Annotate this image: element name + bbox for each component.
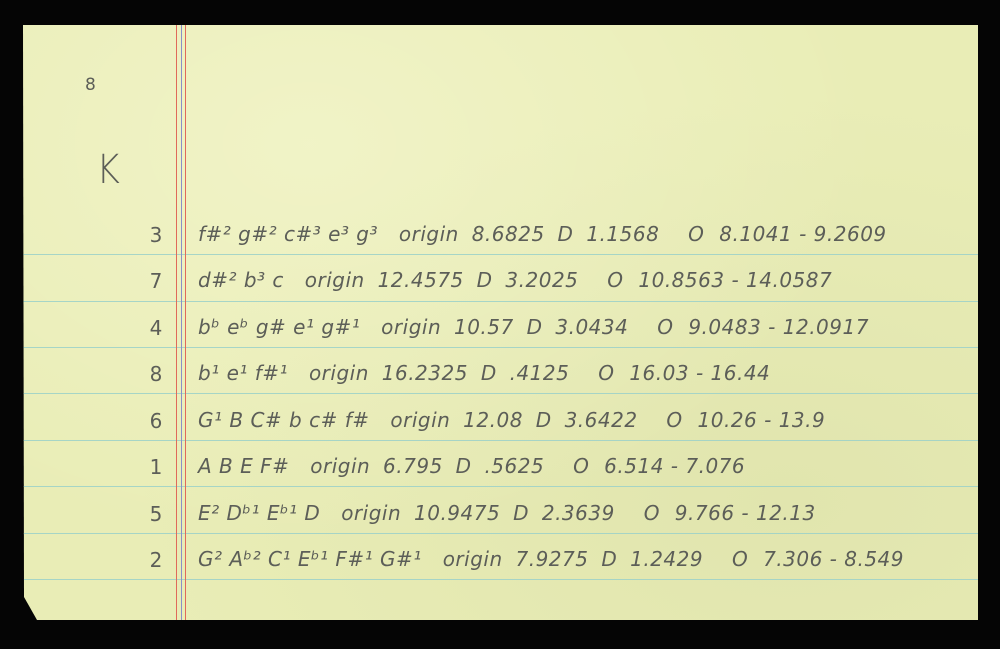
d-value: 3.2025 <box>505 268 578 292</box>
range-value: 7.306 - 8.549 <box>763 547 904 571</box>
d-label: D <box>477 268 493 292</box>
range-value: 16.03 - 16.44 <box>629 361 770 385</box>
range-value: 10.8563 - 14.0587 <box>638 268 832 292</box>
origin-value: 10.57 <box>454 315 514 339</box>
o-label: O <box>607 268 623 292</box>
row-content: E² Dᵇ¹ Eᵇ¹ D origin 10.9475 D 2.3639 O 9… <box>198 501 816 525</box>
d-label: D <box>527 315 543 339</box>
pitch-set: E² Dᵇ¹ Eᵇ¹ D <box>198 501 320 525</box>
origin-label: origin <box>305 268 365 292</box>
row-content: G¹ B C# b c# f# origin 12.08 D 3.6422 O … <box>198 408 825 432</box>
origin-label: origin <box>310 454 370 478</box>
row-content: bᵇ eᵇ g# e¹ g#¹ origin 10.57 D 3.0434 O … <box>198 315 869 339</box>
data-row: 3 f#² g#² c#³ e³ g³ origin 8.6825 D 1.15… <box>23 209 978 255</box>
d-value: 3.6422 <box>565 408 638 432</box>
origin-label: origin <box>399 222 459 246</box>
page-number: 8 <box>85 75 97 95</box>
origin-value: 12.4575 <box>378 268 464 292</box>
legal-pad-page: 8 K 3 f#² g#² c#³ e³ g³ origin 8.6825 D … <box>23 25 978 620</box>
range-value: 8.1041 - 9.2609 <box>719 222 886 246</box>
origin-value: 7.9275 <box>516 547 589 571</box>
range-value: 9.766 - 12.13 <box>675 501 816 525</box>
row-index: 3 <box>141 223 171 247</box>
o-label: O <box>732 547 748 571</box>
row-index: 5 <box>141 502 171 526</box>
d-label: D <box>481 361 497 385</box>
data-row: 1 A B E F# origin 6.795 D .5625 O 6.514 … <box>23 441 978 487</box>
row-index: 4 <box>141 316 171 340</box>
range-value: 9.0483 - 12.0917 <box>688 315 869 339</box>
origin-label: origin <box>309 361 369 385</box>
pitch-set: b¹ e¹ f#¹ <box>198 361 288 385</box>
row-content: G² Aᵇ² C¹ Eᵇ¹ F#¹ G#¹ origin 7.9275 D 1.… <box>198 547 904 571</box>
o-label: O <box>573 454 589 478</box>
row-content: d#² b³ c origin 12.4575 D 3.2025 O 10.85… <box>198 268 832 292</box>
origin-value: 10.9475 <box>414 501 500 525</box>
pitch-set: G² Aᵇ² C¹ Eᵇ¹ F#¹ G#¹ <box>198 547 422 571</box>
row-index: 2 <box>141 548 171 572</box>
d-value: 1.1568 <box>586 222 659 246</box>
data-row: 4 bᵇ eᵇ g# e¹ g#¹ origin 10.57 D 3.0434 … <box>23 302 978 348</box>
o-label: O <box>666 408 682 432</box>
pitch-set: f#² g#² c#³ e³ g³ <box>198 222 378 246</box>
row-content: b¹ e¹ f#¹ origin 16.2325 D .4125 O 16.03… <box>198 361 770 385</box>
data-row: 5 E² Dᵇ¹ Eᵇ¹ D origin 10.9475 D 2.3639 O… <box>23 488 978 534</box>
row-index: 7 <box>141 269 171 293</box>
d-label: D <box>601 547 617 571</box>
data-row: 2 G² Aᵇ² C¹ Eᵇ¹ F#¹ G#¹ origin 7.9275 D … <box>23 534 978 580</box>
d-label: D <box>536 408 552 432</box>
data-row: 7 d#² b³ c origin 12.4575 D 3.2025 O 10.… <box>23 255 978 301</box>
d-value: 2.3639 <box>542 501 615 525</box>
o-label: O <box>644 501 660 525</box>
d-label: D <box>558 222 574 246</box>
origin-value: 8.6825 <box>472 222 545 246</box>
o-label: O <box>598 361 614 385</box>
row-index: 8 <box>141 362 171 386</box>
row-content: f#² g#² c#³ e³ g³ origin 8.6825 D 1.1568… <box>198 222 887 246</box>
pitch-set: A B E F# <box>198 454 289 478</box>
row-content: A B E F# origin 6.795 D .5625 O 6.514 - … <box>198 454 745 478</box>
data-row: 8 b¹ e¹ f#¹ origin 16.2325 D .4125 O 16.… <box>23 348 978 394</box>
origin-value: 16.2325 <box>382 361 468 385</box>
origin-label: origin <box>341 501 401 525</box>
origin-label: origin <box>443 547 503 571</box>
row-index: 1 <box>141 455 171 479</box>
pitch-set: G¹ B C# b c# f# <box>198 408 370 432</box>
origin-label: origin <box>381 315 441 339</box>
d-value: 1.2429 <box>630 547 703 571</box>
origin-value: 6.795 <box>383 454 443 478</box>
d-value: .4125 <box>510 361 570 385</box>
origin-value: 12.08 <box>463 408 523 432</box>
section-letter: K <box>96 147 120 193</box>
data-row: 6 G¹ B C# b c# f# origin 12.08 D 3.6422 … <box>23 395 978 441</box>
o-label: O <box>688 222 704 246</box>
d-label: D <box>456 454 472 478</box>
range-value: 10.26 - 13.9 <box>698 408 826 432</box>
d-value: 3.0434 <box>555 315 628 339</box>
pitch-set: bᵇ eᵇ g# e¹ g#¹ <box>198 315 360 339</box>
origin-label: origin <box>390 408 450 432</box>
range-value: 6.514 - 7.076 <box>604 454 745 478</box>
pitch-set: d#² b³ c <box>198 268 284 292</box>
d-value: .5625 <box>484 454 544 478</box>
row-index: 6 <box>141 409 171 433</box>
d-label: D <box>513 501 529 525</box>
o-label: O <box>657 315 673 339</box>
